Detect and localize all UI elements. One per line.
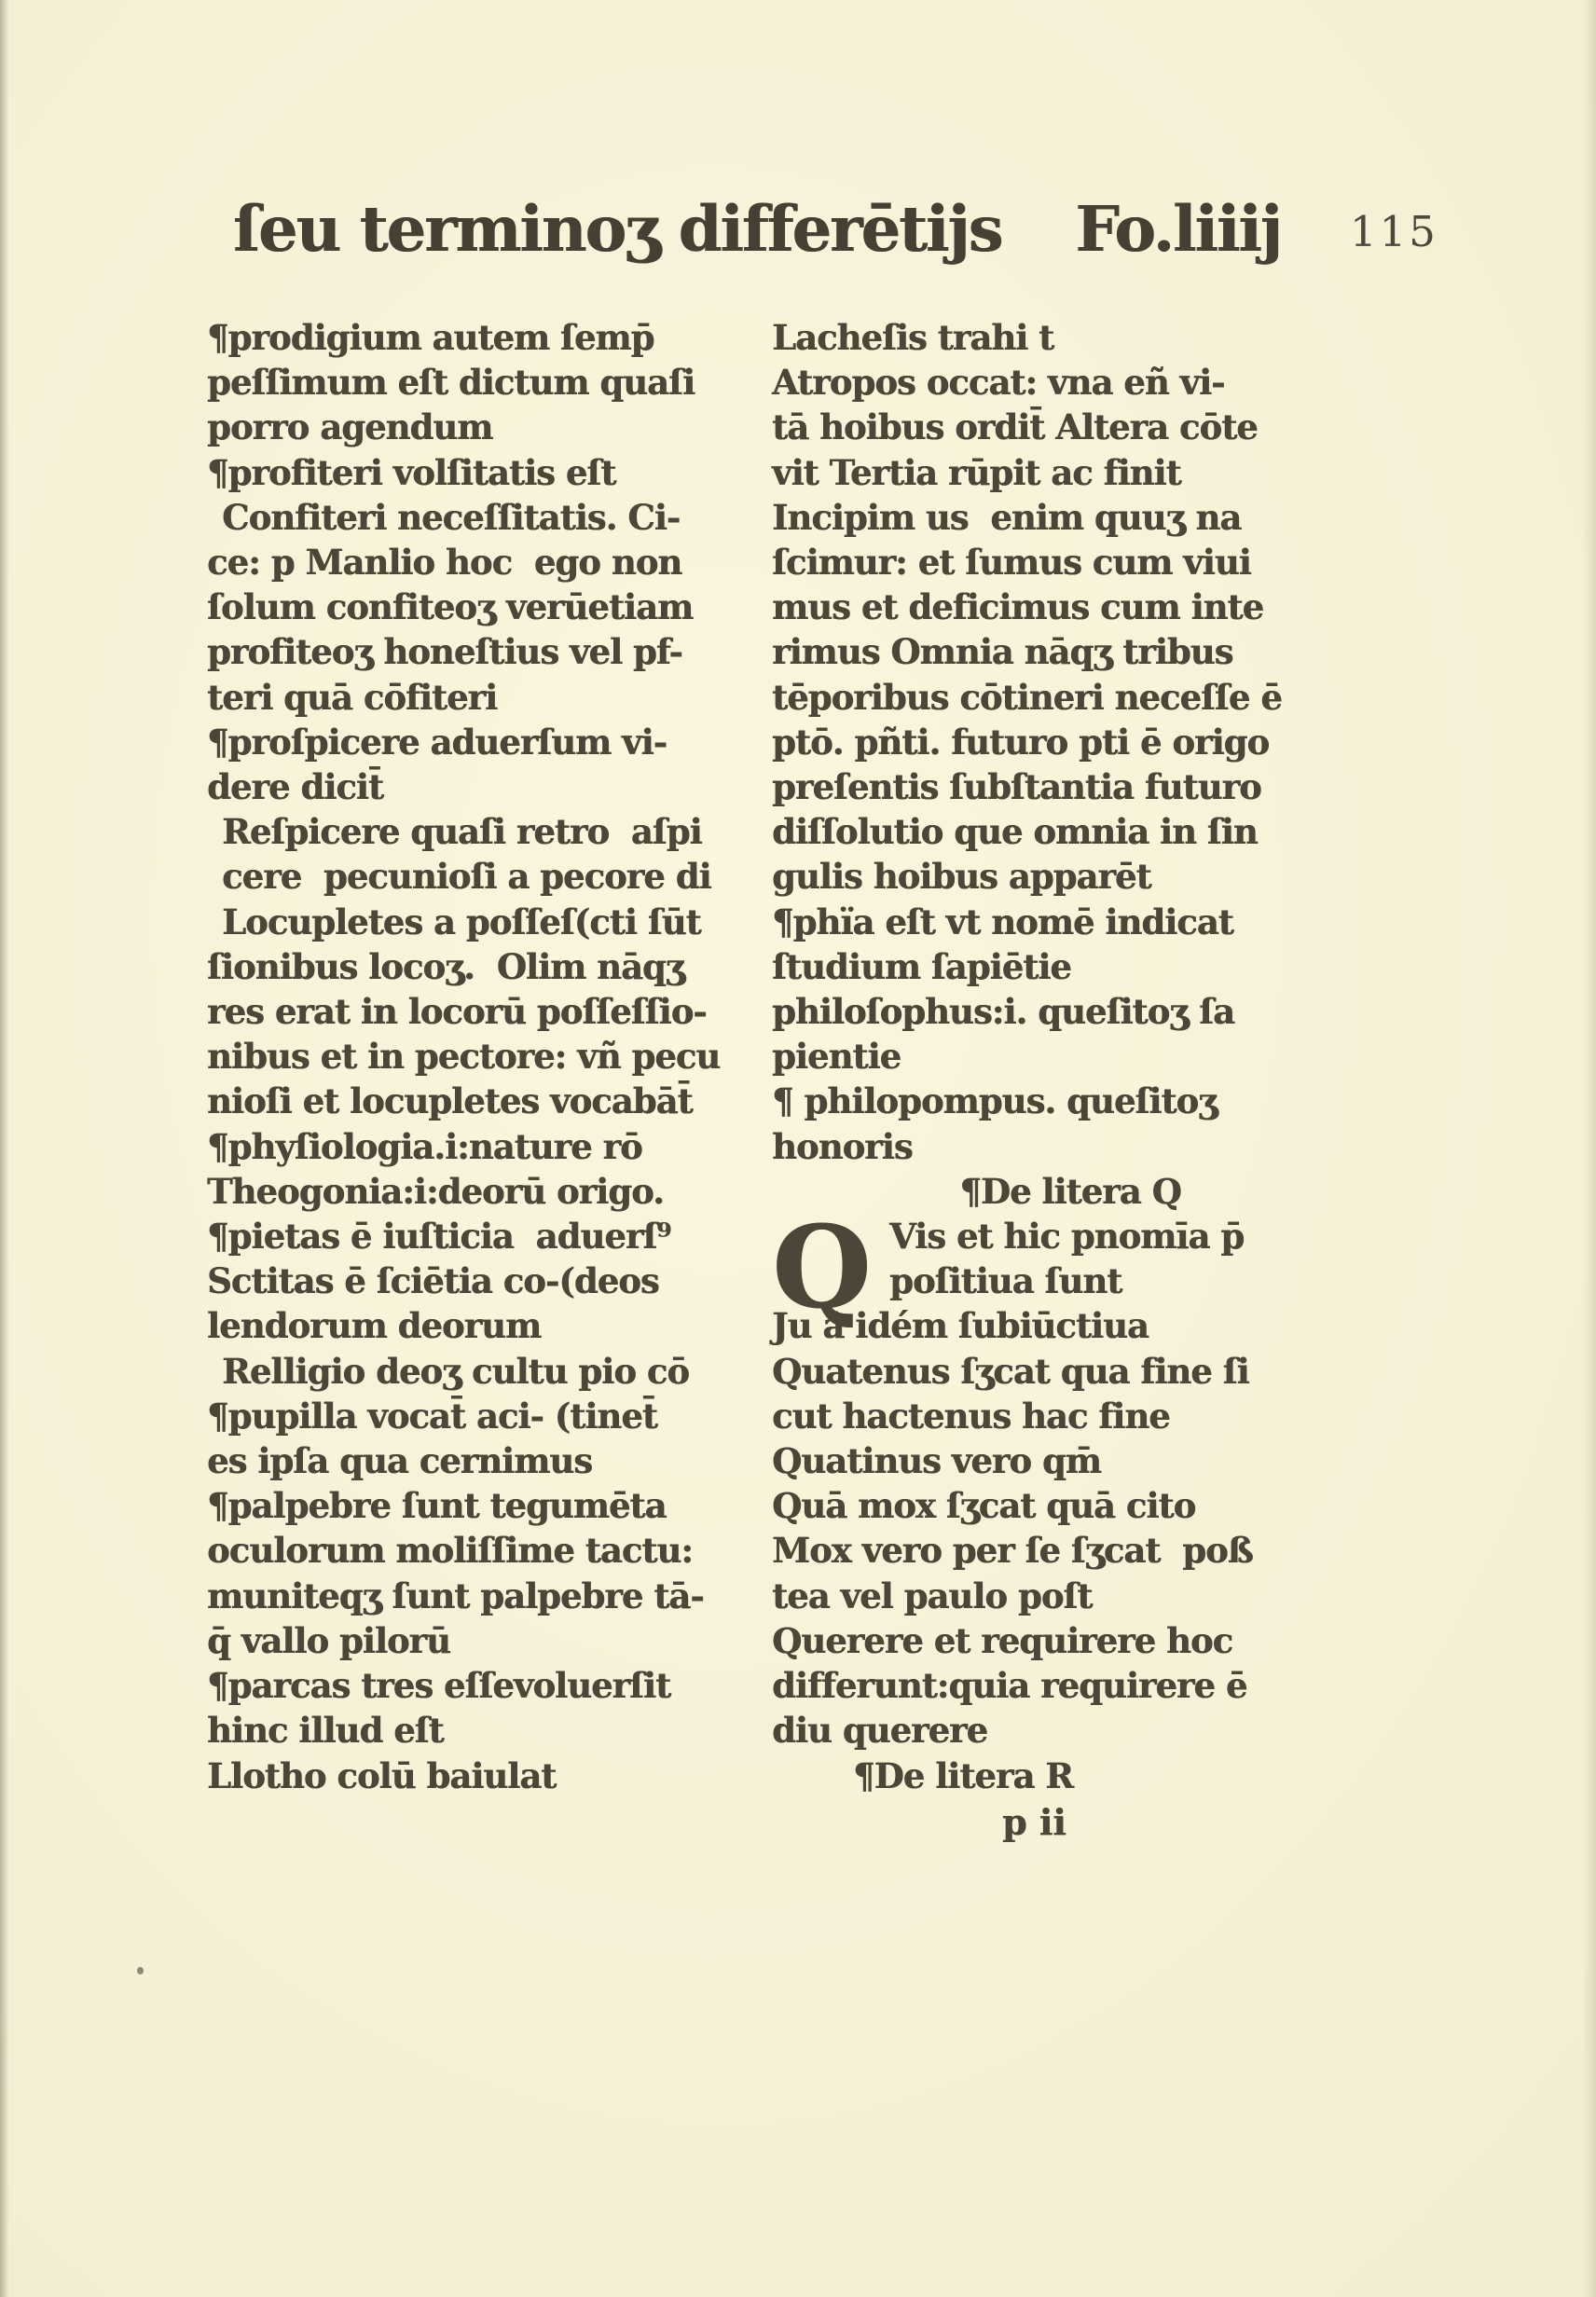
text-line-content: ¶phïa eſt vt nomē indicat: [772, 901, 1233, 942]
text-line: gulis hoibus apparēt: [772, 854, 1331, 899]
text-line: porro agendum: [207, 405, 766, 449]
text-line-content: Ju ā idém ſubiūctiua: [772, 1305, 1149, 1346]
text-line: Incipim us enim quuʒ na: [772, 495, 1331, 540]
text-line: cere pecunioſi a pecore di: [207, 854, 766, 899]
text-line: ¶proſpicere aduerſum vi-: [207, 720, 766, 764]
text-line-content: poſitiua ſunt: [889, 1260, 1121, 1301]
text-line-content: tea vel paulo poſt: [772, 1575, 1092, 1616]
text-line: cut hactenus hac fine: [772, 1394, 1331, 1438]
text-line: Locupletes a poſſeſ(cti ſūt: [207, 900, 766, 944]
text-line: ¶phïa eſt vt nomē indicat: [772, 900, 1331, 944]
text-line-content: ¶pietas ē iuſticia aduerſ⁹: [207, 1216, 670, 1257]
text-line-content: dere dicit̄: [207, 766, 383, 807]
text-line: preſentis ſubſtantia futuro: [772, 764, 1331, 809]
text-line: oculorum moliſſime tactu:: [207, 1528, 766, 1573]
text-line-content: ¶parcas tres eſſevoluerſit: [207, 1665, 670, 1706]
text-line-content: ¶prodigium autem ſemp̄: [207, 317, 654, 358]
text-line-content: philoſophus:i. queſitoʒ ſa: [772, 991, 1234, 1032]
text-line-content: differunt:quia requirere ē: [772, 1665, 1246, 1706]
text-line: ¶palpebre ſunt tegumēta: [207, 1483, 766, 1528]
text-line-content: mus et deficimus cum inte: [772, 586, 1263, 627]
text-line: es ipſa qua cernimus: [207, 1438, 766, 1483]
text-line-content: cut hactenus hac fine: [772, 1396, 1170, 1437]
folio-label: Fo.liiij: [1075, 198, 1281, 260]
text-line-content: Quatinus vero qm̄: [772, 1440, 1101, 1481]
text-line: ¶pupilla vocat̄ aci- (tinet̄: [207, 1394, 766, 1438]
text-line-content: ce: p Manlio hoc ego non: [207, 542, 681, 583]
text-line: nioſi et locupletes vocabāt̄: [207, 1079, 766, 1123]
text-line-content: Confiteri neceſſitatis. Ci-: [222, 497, 680, 538]
text-line-content: ¶De litera Q: [959, 1171, 1180, 1212]
text-line: differunt:quia requirere ē: [772, 1663, 1331, 1708]
text-line-content: diſſolutio que omnia in ſin: [772, 811, 1258, 852]
text-line: Atropos occat: vna eñ vi-: [772, 360, 1331, 405]
text-line: ¶De litera R: [772, 1754, 1331, 1798]
text-line: ¶pietas ē iuſticia aduerſ⁹: [207, 1214, 766, 1259]
text-line-content: ptō. pñti. futuro pti ē origo: [772, 722, 1269, 763]
text-line: rimus Omnia nāqʒ tribus: [772, 629, 1331, 674]
text-line-content: ¶ philopompus. queſitoʒ: [772, 1080, 1217, 1121]
text-line-content: tēporibus cōtineri neceſſe ē: [772, 677, 1282, 718]
book-page: ſeu terminoʒ differētijs Fo.liiij 115 ¶p…: [0, 0, 1596, 2297]
text-line: peſſimum eſt dictum quaſi: [207, 360, 766, 405]
text-line: profiteoʒ honeſtius vel pf-: [207, 629, 766, 674]
text-line: Querere et requirere hoc: [772, 1618, 1331, 1663]
text-line: vit Tertia rūpit ac finit: [772, 450, 1331, 495]
text-line-content: Mox vero per ſe ſʒcat poß: [772, 1530, 1253, 1571]
text-line: ſtudium ſapiētie: [772, 944, 1331, 989]
text-line-content: lendorum deorum: [207, 1305, 541, 1346]
text-line-content: ¶pupilla vocat̄ aci- (tinet̄: [207, 1396, 657, 1437]
text-line: res erat in locorū poſſeſſio-: [207, 989, 766, 1034]
text-line-content: Lacheſis trahi t: [772, 317, 1053, 358]
text-line-content: ſcimur: et ſumus cum viui: [772, 542, 1251, 583]
text-line-content: ¶palpebre ſunt tegumēta: [207, 1485, 667, 1526]
text-line-content: diu querere: [772, 1710, 987, 1751]
text-line: teri quā cōfiteri: [207, 675, 766, 720]
text-line-content: preſentis ſubſtantia futuro: [772, 766, 1261, 807]
text-column-left: ¶prodigium autem ſemp̄peſſimum eſt dictu…: [207, 315, 766, 1798]
text-column-right: Lacheſis trahi tAtropos occat: vna eñ vi…: [772, 315, 1331, 1798]
text-line-content: muniteqʒ ſunt palpebre tā-: [207, 1575, 704, 1616]
text-line-content: ¶phyſiologia.i:nature rō: [207, 1126, 642, 1167]
text-line: Quatinus vero qm̄: [772, 1438, 1331, 1483]
text-line-content: es ipſa qua cernimus: [207, 1440, 592, 1481]
text-line: lendorum deorum: [207, 1303, 766, 1348]
text-line: Relligio deoʒ cultu pio cō: [207, 1349, 766, 1394]
text-line-content: Incipim us enim quuʒ na: [772, 497, 1241, 538]
text-line-content: hinc illud eſt: [207, 1710, 444, 1751]
text-line-content: tā hoibus ordit̄ Altera cōte: [772, 406, 1258, 447]
text-line-content: nioſi et locupletes vocabāt̄: [207, 1080, 693, 1121]
text-line: Lacheſis trahi t: [772, 315, 1331, 360]
text-line: Quā mox ſʒcat quā cito: [772, 1483, 1331, 1528]
text-line-content: Relligio deoʒ cultu pio cō: [222, 1351, 689, 1392]
text-line-content: Quā mox ſʒcat quā cito: [772, 1485, 1195, 1526]
text-line-content: rimus Omnia nāqʒ tribus: [772, 631, 1232, 672]
text-line: diu querere: [772, 1708, 1331, 1753]
text-line: dere dicit̄: [207, 764, 766, 809]
text-line-content: Reſpicere quaſi retro aſpi: [222, 811, 702, 852]
text-line-content: ¶De litera R: [853, 1755, 1073, 1796]
text-line-content: teri quā cōfiteri: [207, 677, 497, 718]
text-line-content: Theogonia:i:deorū origo.: [207, 1171, 664, 1212]
text-line-content: pientie: [772, 1036, 901, 1077]
text-line: QVis et hic pnomīa p̄: [772, 1214, 1331, 1259]
text-line: ¶parcas tres eſſevoluerſit: [207, 1663, 766, 1708]
text-line: tea vel paulo poſt: [772, 1574, 1331, 1618]
signature-mark: p ii: [1002, 1801, 1066, 1843]
text-line: philoſophus:i. queſitoʒ ſa: [772, 989, 1331, 1034]
text-line: ce: p Manlio hoc ego non: [207, 540, 766, 585]
text-line-content: Sctitas ē ſciētia co-(deos: [207, 1260, 659, 1301]
text-line-content: Querere et requirere hoc: [772, 1620, 1232, 1661]
text-line: mus et deficimus cum inte: [772, 585, 1331, 629]
text-line: ſolum confiteoʒ verūetiam: [207, 585, 766, 629]
text-line: nibus et in pectore: vñ pecu: [207, 1034, 766, 1079]
running-title: ſeu terminoʒ differētijs Fo.liiij: [233, 198, 1281, 260]
running-title-text: ſeu terminoʒ differētijs: [233, 198, 1001, 260]
text-line: Reſpicere quaſi retro aſpi: [207, 809, 766, 854]
text-line: ſionibus locoʒ. Olim nāqʒ: [207, 944, 766, 989]
text-line-content: Vis et hic pnomīa p̄: [889, 1216, 1244, 1257]
text-line: Theogonia:i:deorū origo.: [207, 1169, 766, 1214]
text-line-content: ¶proſpicere aduerſum vi-: [207, 722, 667, 763]
text-line-content: ſionibus locoʒ. Olim nāqʒ: [207, 946, 684, 987]
text-line-content: Locupletes a poſſeſ(cti ſūt: [222, 901, 701, 942]
text-line: tā hoibus ordit̄ Altera cōte: [772, 405, 1331, 449]
text-line: Llotho colū baiulat: [207, 1754, 766, 1798]
text-line-content: Quatenus ſʒcat qua fine ſi: [772, 1351, 1249, 1392]
text-line-content: ſtudium ſapiētie: [772, 946, 1071, 987]
text-line: Quatenus ſʒcat qua fine ſi: [772, 1349, 1331, 1394]
text-line-content: porro agendum: [207, 406, 492, 447]
text-line-content: ſolum confiteoʒ verūetiam: [207, 586, 693, 627]
text-line: Sctitas ē ſciētia co-(deos: [207, 1259, 766, 1303]
text-line: honoris: [772, 1124, 1331, 1169]
text-line-content: res erat in locorū poſſeſſio-: [207, 991, 707, 1032]
text-line: muniteqʒ ſunt palpebre tā-: [207, 1574, 766, 1618]
text-line-content: ¶profiteri volſitatis eſt: [207, 452, 615, 493]
text-line-content: q̄ vallo pilorū: [207, 1620, 450, 1661]
text-line: ¶phyſiologia.i:nature rō: [207, 1124, 766, 1169]
text-line: poſitiua ſunt: [772, 1259, 1331, 1303]
text-line: Confiteri neceſſitatis. Ci-: [207, 495, 766, 540]
text-line: ſcimur: et ſumus cum viui: [772, 540, 1331, 585]
text-line: Ju ā idém ſubiūctiua: [772, 1303, 1331, 1348]
text-line: q̄ vallo pilorū: [207, 1618, 766, 1663]
text-line-content: peſſimum eſt dictum quaſi: [207, 362, 695, 403]
ink-speck: [137, 1967, 144, 1974]
text-line-content: gulis hoibus apparēt: [772, 856, 1151, 897]
text-line-content: Llotho colū baiulat: [207, 1755, 556, 1796]
text-line-content: vit Tertia rūpit ac finit: [772, 452, 1181, 493]
text-line-content: oculorum moliſſime tactu:: [207, 1530, 693, 1571]
text-line: ¶profiteri volſitatis eſt: [207, 450, 766, 495]
page-number: 115: [1350, 207, 1438, 256]
text-line-content: cere pecunioſi a pecore di: [222, 856, 711, 897]
text-line: ptō. pñti. futuro pti ē origo: [772, 720, 1331, 764]
text-line: pientie: [772, 1034, 1331, 1079]
text-line: ¶prodigium autem ſemp̄: [207, 315, 766, 360]
text-line: ¶ philopompus. queſitoʒ: [772, 1079, 1331, 1123]
text-line: tēporibus cōtineri neceſſe ē: [772, 675, 1331, 720]
text-line-content: honoris: [772, 1126, 913, 1167]
text-line-content: Atropos occat: vna eñ vi-: [772, 362, 1224, 403]
text-line-content: nibus et in pectore: vñ pecu: [207, 1036, 720, 1077]
text-line: Mox vero per ſe ſʒcat poß: [772, 1528, 1331, 1573]
text-line-content: profiteoʒ honeſtius vel pf-: [207, 631, 682, 672]
text-line: hinc illud eſt: [207, 1708, 766, 1753]
text-line: diſſolutio que omnia in ſin: [772, 809, 1331, 854]
